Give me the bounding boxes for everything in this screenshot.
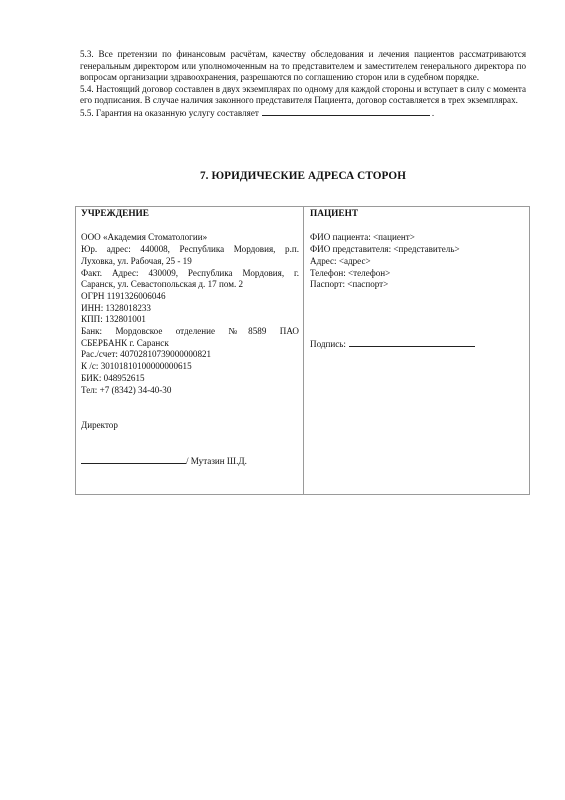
clause-5-5: 5.5. Гарантия на оказанную услугу состав… [80,107,526,120]
signer-title: Директор [81,420,299,432]
institution-signature-field [81,455,186,464]
clause-5-5-end: . [432,108,434,118]
institution-inn: ИНН: 1328018233 [81,303,299,315]
patient-signature-field [349,338,475,347]
institution-legal-address: Юр. адрес: 440008, Республика Мордовия, … [81,244,299,256]
warranty-blank-field [262,107,430,116]
patient-column: ПАЦИЕНТ ФИО пациента: <пациент> ФИО пред… [304,207,529,494]
clause-5-5-text: 5.5. Гарантия на оказанную услугу состав… [80,108,259,118]
patient-signature-label: Подпись: [310,339,346,349]
patient-passport: Паспорт: <паспорт> [310,279,525,291]
institution-bank-cont: СБЕРБАНК г. Саранск [81,338,299,350]
institution-phone: Тел: +7 (8342) 34-40-30 [81,385,299,397]
parties-addresses-table: УЧРЕЖДЕНИЕ ООО «Академия Стоматологии» Ю… [75,206,530,495]
patient-representative: ФИО представителя: <представитель> [310,244,525,256]
contract-clauses: 5.3. Все претензии по финансовым расчёта… [80,49,526,120]
institution-signature-row: / Мутазин Ш.Д. [81,455,299,468]
clause-5-3: 5.3. Все претензии по финансовым расчёта… [80,49,526,84]
institution-actual-address-cont: Саранск, ул. Севастопольская д. 17 пом. … [81,279,299,291]
institution-ogrn: ОГРН 1191326006046 [81,291,299,303]
clause-5-4: 5.4. Настоящий договор составлен в двух … [80,84,526,107]
institution-column: УЧРЕЖДЕНИЕ ООО «Академия Стоматологии» Ю… [76,207,304,494]
institution-corr-account: К /с: 30101810100000000615 [81,361,299,373]
signer-name: / Мутазин Ш.Д. [186,456,247,466]
section-title: 7. ЮРИДИЧЕСКИЕ АДРЕСА СТОРОН [75,170,531,182]
institution-bank: Банк: Мордовское отделение №8589 ПАО [81,326,299,338]
patient-address: Адрес: <адрес> [310,256,525,268]
patient-signature-row: Подпись: [310,338,525,351]
institution-legal-address-cont: Луховка, ул. Рабочая, 25 - 19 [81,256,299,268]
institution-bik: БИК: 048952615 [81,373,299,385]
institution-kpp: КПП: 132801001 [81,314,299,326]
institution-header: УЧРЕЖДЕНИЕ [81,209,299,221]
institution-actual-address: Факт. Адрес: 430009, Республика Мордовия… [81,268,299,280]
institution-name: ООО «Академия Стоматологии» [81,232,299,244]
institution-account: Рас./счет: 40702810739000000821 [81,349,299,361]
patient-header: ПАЦИЕНТ [310,209,525,221]
patient-phone: Телефон: <телефон> [310,268,525,280]
patient-name: ФИО пациента: <пациент> [310,232,525,244]
